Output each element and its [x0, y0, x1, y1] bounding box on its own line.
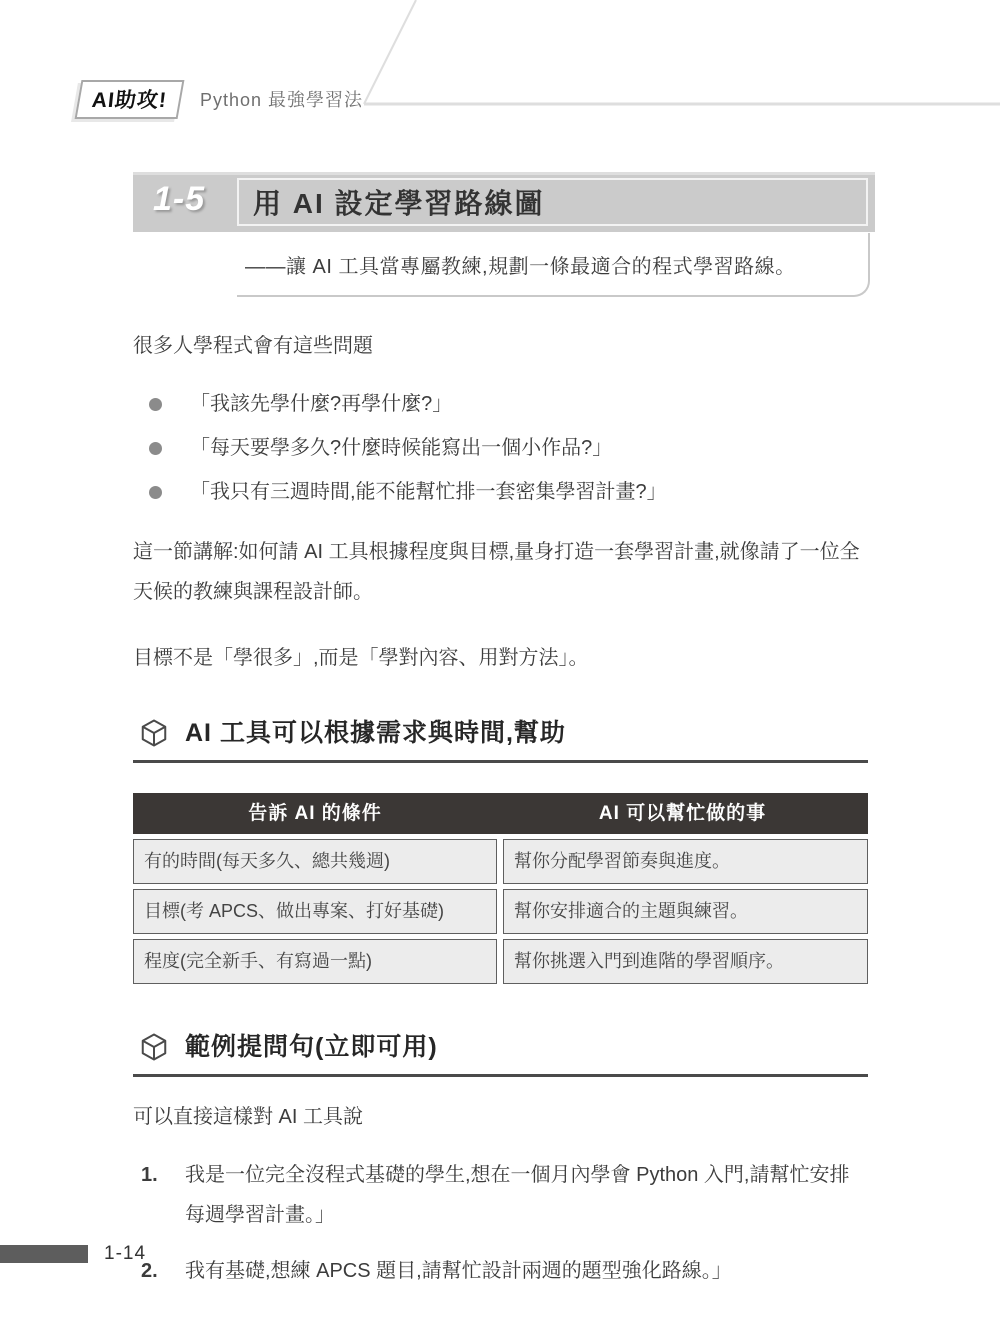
list-number: 1. [141, 1155, 173, 1195]
section-tagline: ——讓 AI 工具當專屬教練,規劃一條最適合的程式學習路線。 [245, 250, 796, 279]
bullet-text: 「我該先學什麼?再學什麼?」 [174, 390, 452, 418]
running-head-title: Python 最強學習法 [200, 86, 363, 112]
page-number: 1-14 [104, 1243, 146, 1265]
section-number: 1-5 [153, 180, 205, 219]
question-bullet-list: 「我該先學什麼?再學什麼?」 「每天要學多久?什麼時候能寫出一個小作品?」 「我… [133, 390, 868, 506]
table-cell: 有的時間(每天多久、總共幾週) [133, 839, 497, 884]
book-logo-text: AI助攻! [90, 84, 168, 114]
bullet-dot-icon [149, 398, 162, 411]
table-header-cell: 告訴 AI 的條件 [133, 793, 497, 834]
footer-accent-bar [0, 1245, 88, 1263]
table-cell: 程度(完全新手、有寫過一點) [133, 939, 497, 984]
section-title: 用 AI 設定學習路線圖 [253, 182, 545, 222]
cube-icon [139, 1032, 169, 1062]
list-item: 「每天要學多久?什麼時候能寫出一個小作品?」 [133, 434, 868, 462]
examples-lead: 可以直接這樣對 AI 工具說 [133, 1103, 868, 1131]
cube-icon [139, 718, 169, 748]
list-item: 「我只有三週時間,能不能幫忙排一套密集學習計畫?」 [133, 478, 868, 506]
list-item: 2. 我有基礎,想練 APCS 題目,請幫忙設計兩週的題型強化路線。」 [133, 1251, 868, 1291]
list-item: 「我該先學什麼?再學什麼?」 [133, 390, 868, 418]
table-cell: 幫你安排適合的主題與練習。 [503, 889, 868, 934]
bullet-dot-icon [149, 486, 162, 499]
subsection-heading-text: 範例提問句(立即可用) [185, 1033, 438, 1061]
table-cell: 目標(考 APCS、做出專案、打好基礎) [133, 889, 497, 934]
list-item: 1. 我是一位完全沒程式基礎的學生,想在一個月內學會 Python 入門,請幫忙… [133, 1155, 868, 1235]
subsection-heading-text: AI 工具可以根據需求與時間,幫助 [185, 719, 566, 747]
section-tagline-box: ——讓 AI 工具當專屬教練,規劃一條最適合的程式學習路線。 [237, 233, 870, 297]
example-prompt-list: 1. 我是一位完全沒程式基礎的學生,想在一個月內學會 Python 入門,請幫忙… [133, 1155, 868, 1291]
intro-paragraph-2: 目標不是「學很多」,而是「學對內容、用對方法」。 [133, 638, 868, 678]
bullet-text: 「我只有三週時間,能不能幫忙排一套密集學習計畫?」 [174, 478, 667, 506]
bullet-dot-icon [149, 442, 162, 455]
example-prompt-text: 我是一位完全沒程式基礎的學生,想在一個月內學會 Python 入門,請幫忙安排每… [173, 1155, 868, 1235]
bullet-text: 「每天要學多久?什麼時候能寫出一個小作品?」 [174, 434, 612, 462]
section-title-box: 用 AI 設定學習路線圖 [237, 178, 868, 226]
intro-paragraph-1: 這一節講解:如何請 AI 工具根據程度與目標,量身打造一套學習計畫,就像請了一位… [133, 532, 868, 612]
table-header-row: 告訴 AI 的條件 AI 可以幫忙做的事 [133, 793, 868, 834]
intro-lead: 很多人學程式會有這些問題 [133, 332, 868, 360]
subsection-heading-examples: 範例提問句(立即可用) [133, 1032, 868, 1077]
book-page: AI助攻! Python 最強學習法 1-5 用 AI 設定學習路線圖 ——讓 … [0, 0, 1000, 1341]
table-cell: 幫你分配學習節奏與進度。 [503, 839, 868, 884]
table-header-cell: AI 可以幫忙做的事 [497, 793, 868, 834]
subsection-heading-help: AI 工具可以根據需求與時間,幫助 [133, 718, 868, 763]
conditions-table: 告訴 AI 的條件 AI 可以幫忙做的事 有的時間(每天多久、總共幾週) 幫你分… [133, 793, 868, 984]
table-cell: 幫你挑選入門到進階的學習順序。 [503, 939, 868, 984]
example-prompt-text: 我有基礎,想練 APCS 題目,請幫忙設計兩週的題型強化路線。」 [173, 1251, 732, 1291]
table-body: 有的時間(每天多久、總共幾週) 幫你分配學習節奏與進度。 目標(考 APCS、做… [133, 839, 868, 984]
main-content: 很多人學程式會有這些問題 「我該先學什麼?再學什麼?」 「每天要學多久?什麼時候… [133, 332, 868, 1307]
section-banner: 1-5 用 AI 設定學習路線圖 [133, 172, 875, 232]
book-logo: AI助攻! [75, 80, 185, 119]
